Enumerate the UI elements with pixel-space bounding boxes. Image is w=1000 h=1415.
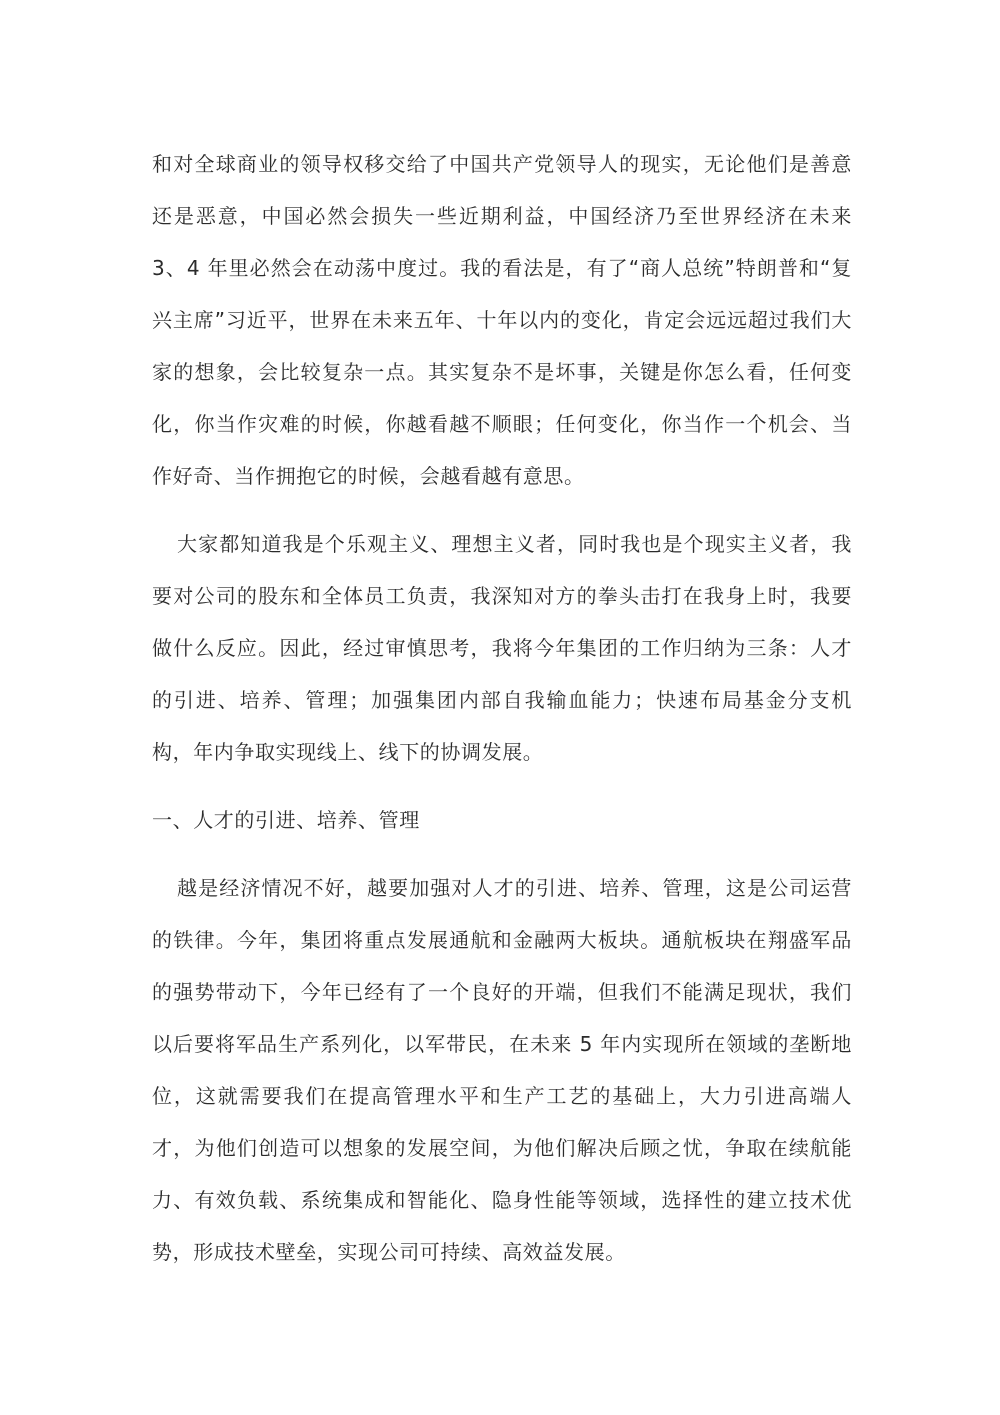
paragraph-2: 大家都知道我是个乐观主义、理想主义者，同时我也是个现实主义者，我要对公司的股东和… — [152, 518, 852, 778]
paragraph-1: 和对全球商业的领导权移交给了中国共产党领导人的现实，无论他们是善意还是恶意，中国… — [152, 138, 852, 502]
paragraph-3: 越是经济情况不好，越要加强对人才的引进、培养、管理，这是公司运营的铁律。今年，集… — [152, 862, 852, 1278]
section-heading: 一、人才的引进、培养、管理 — [152, 794, 852, 846]
document-page: 和对全球商业的领导权移交给了中国共产党领导人的现实，无论他们是善意还是恶意，中国… — [152, 138, 852, 1278]
